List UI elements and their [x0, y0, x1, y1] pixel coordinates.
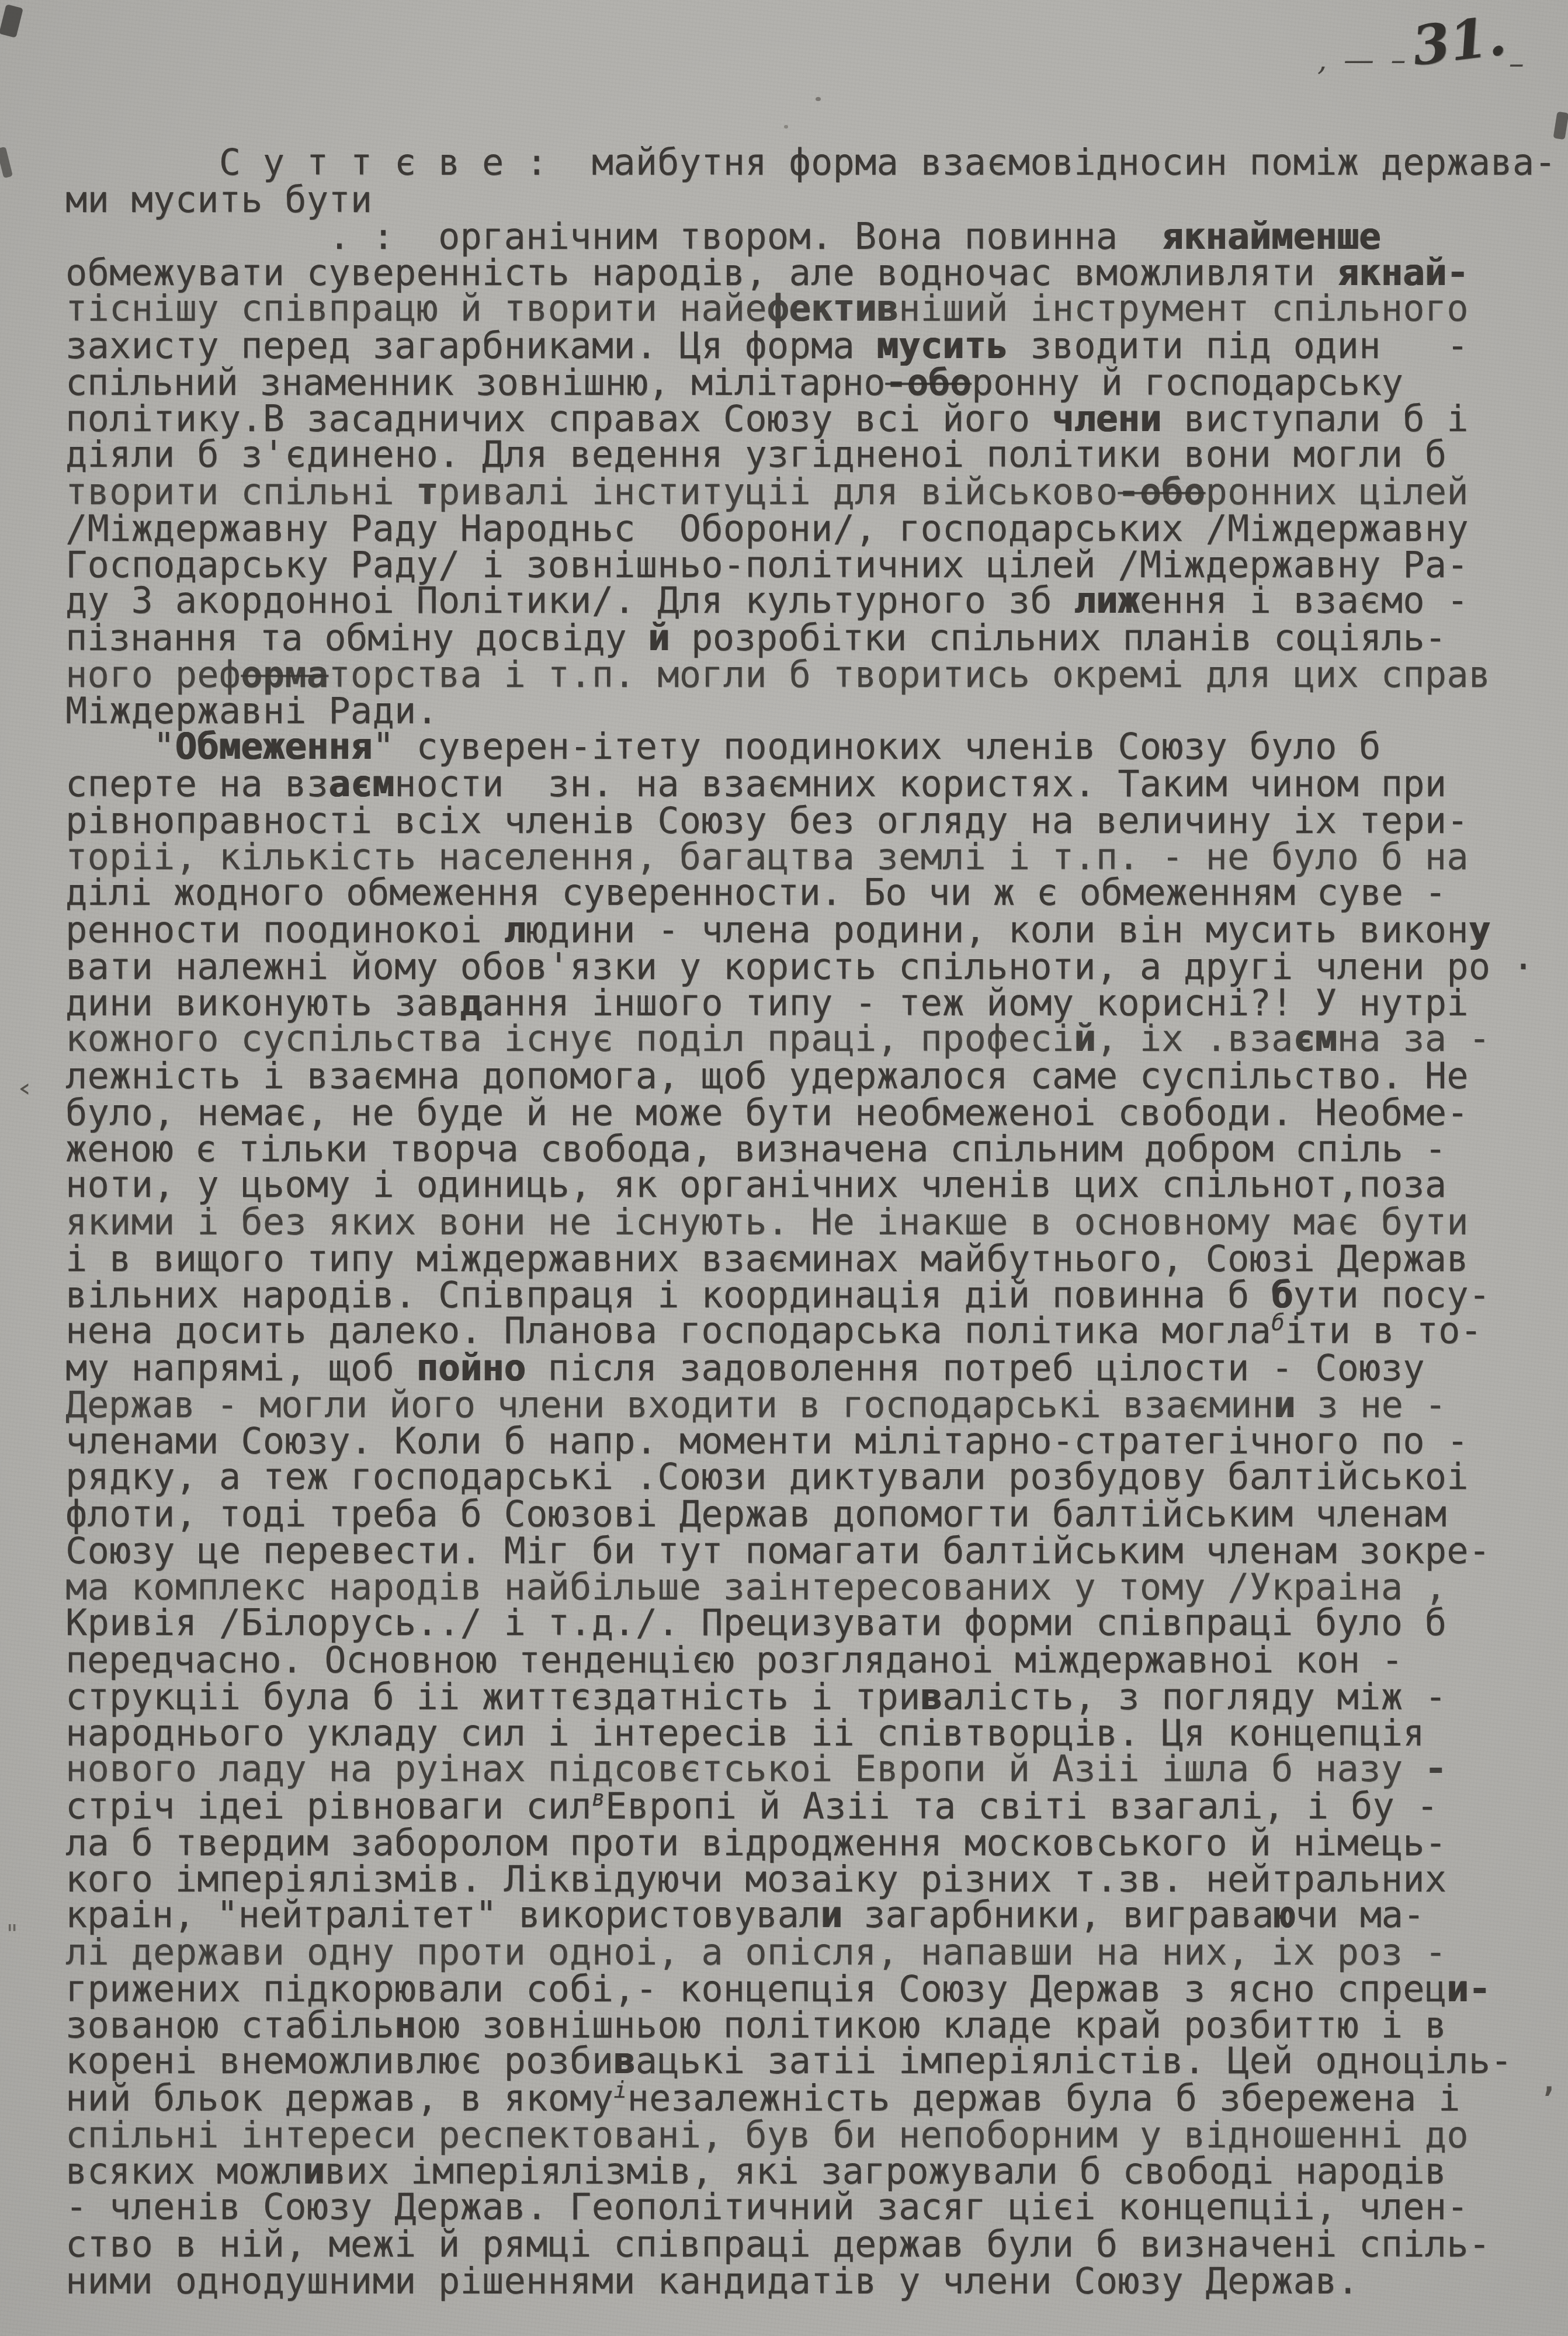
text-line: всяких можливих імперіялізмів, які загро…: [65, 2153, 1561, 2190]
text-line: му напрямі, щоб пойно після задоволення …: [65, 1350, 1561, 1387]
margin-pen-mark: ‹: [15, 1074, 35, 1102]
text-line: ду З акордонноі Політики/. Для культурно…: [65, 582, 1561, 619]
text-line: лі держави одну проти одноі, а опісля, н…: [65, 1934, 1561, 1971]
text-line: корені внеможливлює розбивацькі затіі ім…: [65, 2043, 1561, 2080]
text-line: діяли б з'єдинено. Для ведення узгіднено…: [65, 436, 1561, 473]
text-line: обмежувати суверенність народів, але вод…: [65, 255, 1561, 291]
text-line: членами Союзу. Коли б напр. моменти мілі…: [65, 1423, 1561, 1460]
text-line: творити спільні тривалі інституціі для в…: [65, 474, 1561, 511]
text-line: ними однодушними рішеннями кандидатів у …: [65, 2263, 1561, 2300]
text-line: "Обмеження" суверен-ітету поодиноких чле…: [65, 728, 1561, 765]
text-line: ноти, у цьому і одиниць, як органічних ч…: [65, 1167, 1561, 1203]
text-line: ство в ній, межі й рямці співпраці держа…: [65, 2226, 1561, 2263]
pen-dash-marks-left: , — –: [1317, 43, 1410, 78]
text-line: торіі, кількість населення, багацтва зем…: [65, 839, 1561, 876]
scan-edge-artifact: [0, 147, 13, 178]
text-line: ма комплекс народів найбільше заінтересо…: [65, 1569, 1561, 1606]
text-line: сперте на взаємности зн. на взаємних кор…: [65, 766, 1561, 803]
handwritten-page-number: , — – 31. –: [1317, 12, 1551, 75]
document-text: С у т т є в е : майбутня форма взаємовід…: [65, 145, 1561, 2299]
text-line: було, немає, не буде й не може бути необ…: [65, 1095, 1561, 1131]
text-line: вати належні йому обов'язки у користь сп…: [65, 949, 1561, 985]
paper-speck: [784, 125, 788, 129]
text-line: рядку, а теж господарські .Союзи диктува…: [65, 1459, 1561, 1495]
text-line: ділі жодного обмеження суверенности. Бо …: [65, 874, 1561, 911]
text-line: лежність і взаємна допомога, щоб удержал…: [65, 1058, 1561, 1095]
text-line: ла б твердим заборолом проти відродження…: [65, 1825, 1561, 1862]
text-line: народнього укладу сил і інтересів іі спі…: [65, 1715, 1561, 1752]
text-line: якими і без яких вони не існують. Не іна…: [65, 1204, 1561, 1241]
text-line: нового ладу на руінах підсовєтськоі Евро…: [65, 1751, 1561, 1787]
text-line: ного реформаторства і т.п. могли б твори…: [65, 657, 1561, 693]
text-line: Міждержавні Ради.: [65, 693, 1561, 730]
scanned-typewritten-page: , — – 31. – С у т т є в е : майбутня фор…: [0, 0, 1568, 2336]
text-line: тіснішу співпрацю й творити найефективні…: [65, 290, 1561, 327]
text-line: Союзу це перевести. Міг би тут помагати …: [65, 1533, 1561, 1570]
text-line: Кривія /Білорусь../ і т.д./. Прецизувати…: [65, 1605, 1561, 1641]
text-line: ми мусить бути: [65, 182, 1561, 218]
text-line: спільні інтереси респектовані, був би не…: [65, 2117, 1561, 2154]
page-number: 31.: [1409, 4, 1509, 78]
text-line: женою є тільки творча свобода, визначена…: [65, 1131, 1561, 1168]
text-line: і в вищого типу міждержавних взаєминах м…: [65, 1241, 1561, 1278]
text-line: захисту перед загарбниками. Ця форма мус…: [65, 328, 1561, 365]
text-line: рівноправності всіх членів Союзу без огл…: [65, 803, 1561, 839]
text-line: пізнання та обміну досвіду й розробітки …: [65, 620, 1561, 657]
margin-pen-mark: ,: [1540, 2064, 1558, 2099]
paper-speck: [816, 97, 821, 101]
text-line: передчасно. Основною тенденцією розгляда…: [65, 1642, 1561, 1679]
text-line: спільний знаменник зовнішню, мілітарно-о…: [65, 365, 1561, 401]
text-line: політику.В засадничих справах Союзу всі …: [65, 401, 1561, 438]
text-line: ренности поодинокоі людини - члена родин…: [65, 912, 1561, 949]
text-line: вільних народів. Співпраця і координація…: [65, 1277, 1561, 1314]
text-line: краін, "нейтралітет" використовували заг…: [65, 1897, 1561, 1934]
text-line: - членів Союзу Держав. Геополітичний зас…: [65, 2189, 1561, 2226]
scan-edge-artifact: [1553, 112, 1568, 140]
text-line: /Міждержавну Раду Народньс Оборони/, гос…: [65, 511, 1561, 547]
text-line: Господарську Раду/ і зовнішньо-політични…: [65, 547, 1561, 584]
text-line: Держав - могли його члени входити в госп…: [65, 1387, 1561, 1424]
text-line: зованою стабільною зовнішньою політикою …: [65, 2007, 1561, 2044]
text-line: кого імперіялізмів. Ліквідуючи мозаіку р…: [65, 1861, 1561, 1898]
text-line: . : органічним твором. Вона повинна якна…: [65, 218, 1561, 255]
text-line: стріч ідеі рівноваги силвЕвропі й Азіі т…: [65, 1788, 1561, 1825]
text-line: кожного суспільства існує поділ праці, п…: [65, 1021, 1561, 1057]
scan-edge-artifact: [0, 4, 23, 38]
text-line: грижених підкорювали собі,- концепція Со…: [65, 1971, 1561, 2008]
text-line: дини виконують завдання іншого типу - те…: [65, 985, 1561, 1022]
text-line: С у т т є в е : майбутня форма взаємовід…: [65, 144, 1561, 181]
text-line: ний бльок держав, в якомуінезалежність д…: [65, 2080, 1561, 2117]
text-line: струкціі була б іі життєздатність і трив…: [65, 1679, 1561, 1716]
text-line: флоти, тоді треба б Союзові Держав допом…: [65, 1496, 1561, 1533]
pen-dash-mark-right: –: [1509, 46, 1528, 81]
margin-pen-mark: ": [5, 1920, 19, 1948]
text-line: нена досить далеко. Планова господарська…: [65, 1313, 1561, 1349]
